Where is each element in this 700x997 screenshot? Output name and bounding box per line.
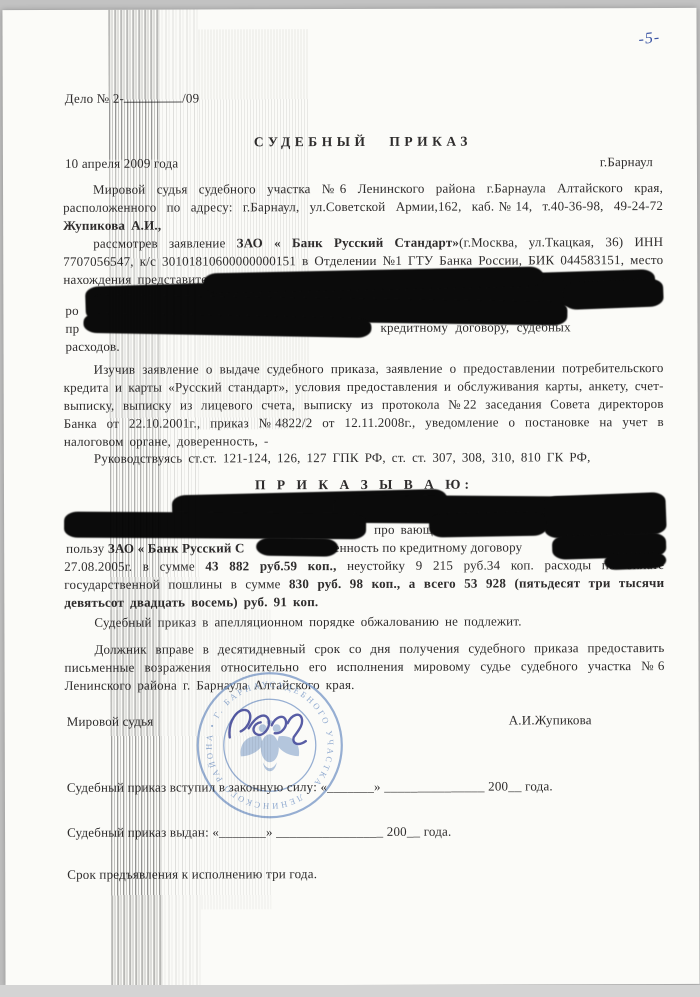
redacted-fragment: расходов. <box>65 338 119 356</box>
no-appeal-paragraph: Судебный приказ в апелляционном порядке … <box>64 612 664 632</box>
document-date: 10 апреля 2009 года <box>65 155 178 173</box>
scan-edge-bottom <box>0 985 700 997</box>
redaction-mark <box>429 512 547 538</box>
amount-debt: 43 882 руб.59 коп., <box>205 558 336 573</box>
amounts-paragraph: 27.08.2005г. в сумме 43 882 руб.59 коп.,… <box>64 556 664 612</box>
execution-term-line: Срок предъявления к исполнению три года. <box>67 864 667 884</box>
debtor-rights-paragraph: Должник вправе в десятидневный срок со д… <box>64 639 664 695</box>
redaction-mark <box>83 313 371 338</box>
redaction-mark <box>563 278 664 310</box>
bank-name: ЗАО « Банк Русский Стандарт» <box>237 235 459 251</box>
court-order-page: -5- Дело № 2-/09 СУДЕБНЫЙ ПРИКАЗ 10 апре… <box>2 8 699 986</box>
judge-paragraph: Мировой судья судебного участка №6 Ленин… <box>63 179 663 235</box>
redaction-mark <box>64 512 366 540</box>
case-number: Дело № 2-/09 <box>65 89 200 107</box>
judge-role-label: Мировой судья <box>67 713 154 731</box>
redaction-mark <box>256 538 338 557</box>
judge-name: Жупикова А.И., <box>63 218 161 233</box>
case-number-suffix: /09 <box>182 90 199 105</box>
case-number-label: Дело № 2- <box>65 91 124 106</box>
claimant-paragraph-pre: рассмотрев заявление <box>93 235 237 250</box>
review-paragraph: Изучив заявление о выдаче судебного прик… <box>64 359 664 451</box>
issued-line: Судебный приказ выдан: «_______» _______… <box>67 822 667 842</box>
redaction-mark <box>604 552 667 570</box>
redacted-fragment: ро <box>65 302 78 320</box>
redacted-fragment: пр <box>65 320 79 338</box>
signature-row: Мировой судья А.И.Жупикова <box>67 711 667 731</box>
amount-pre: 27.08.2005г. в сумме <box>64 558 205 573</box>
scanned-court-order: -5- Дело № 2-/09 СУДЕБНЫЙ ПРИКАЗ 10 апре… <box>0 0 700 997</box>
legal-basis-paragraph: Руководствуясь ст.ст. 121-124, 126, 127 … <box>64 448 664 468</box>
order-line-mid: женность по кредитному договору <box>325 539 523 555</box>
order-line-start: пользу <box>66 541 108 556</box>
redacted-fragment-text: про <box>374 522 395 537</box>
case-number-blank <box>124 91 182 103</box>
redacted-fragment: провающ <box>374 521 433 539</box>
judge-handwritten-signature <box>220 697 330 760</box>
order-bank-name: ЗАО « Банк Русский С <box>108 540 245 555</box>
redaction-mark <box>543 492 667 539</box>
date-city-row: 10 апреля 2009 года г.Барнаул <box>65 153 653 173</box>
judge-signature-name: А.И.Жупикова <box>509 711 592 729</box>
judge-paragraph-text: Мировой судья судебного участка №6 Ленин… <box>63 180 663 215</box>
page-number-handwritten: -5- <box>638 29 661 49</box>
entered-force-line: Судебный приказ вступил в законную силу:… <box>67 777 667 797</box>
document-city: г.Барнаул <box>600 153 653 171</box>
document-title: СУДЕБНЫЙ ПРИКАЗ <box>63 132 663 152</box>
